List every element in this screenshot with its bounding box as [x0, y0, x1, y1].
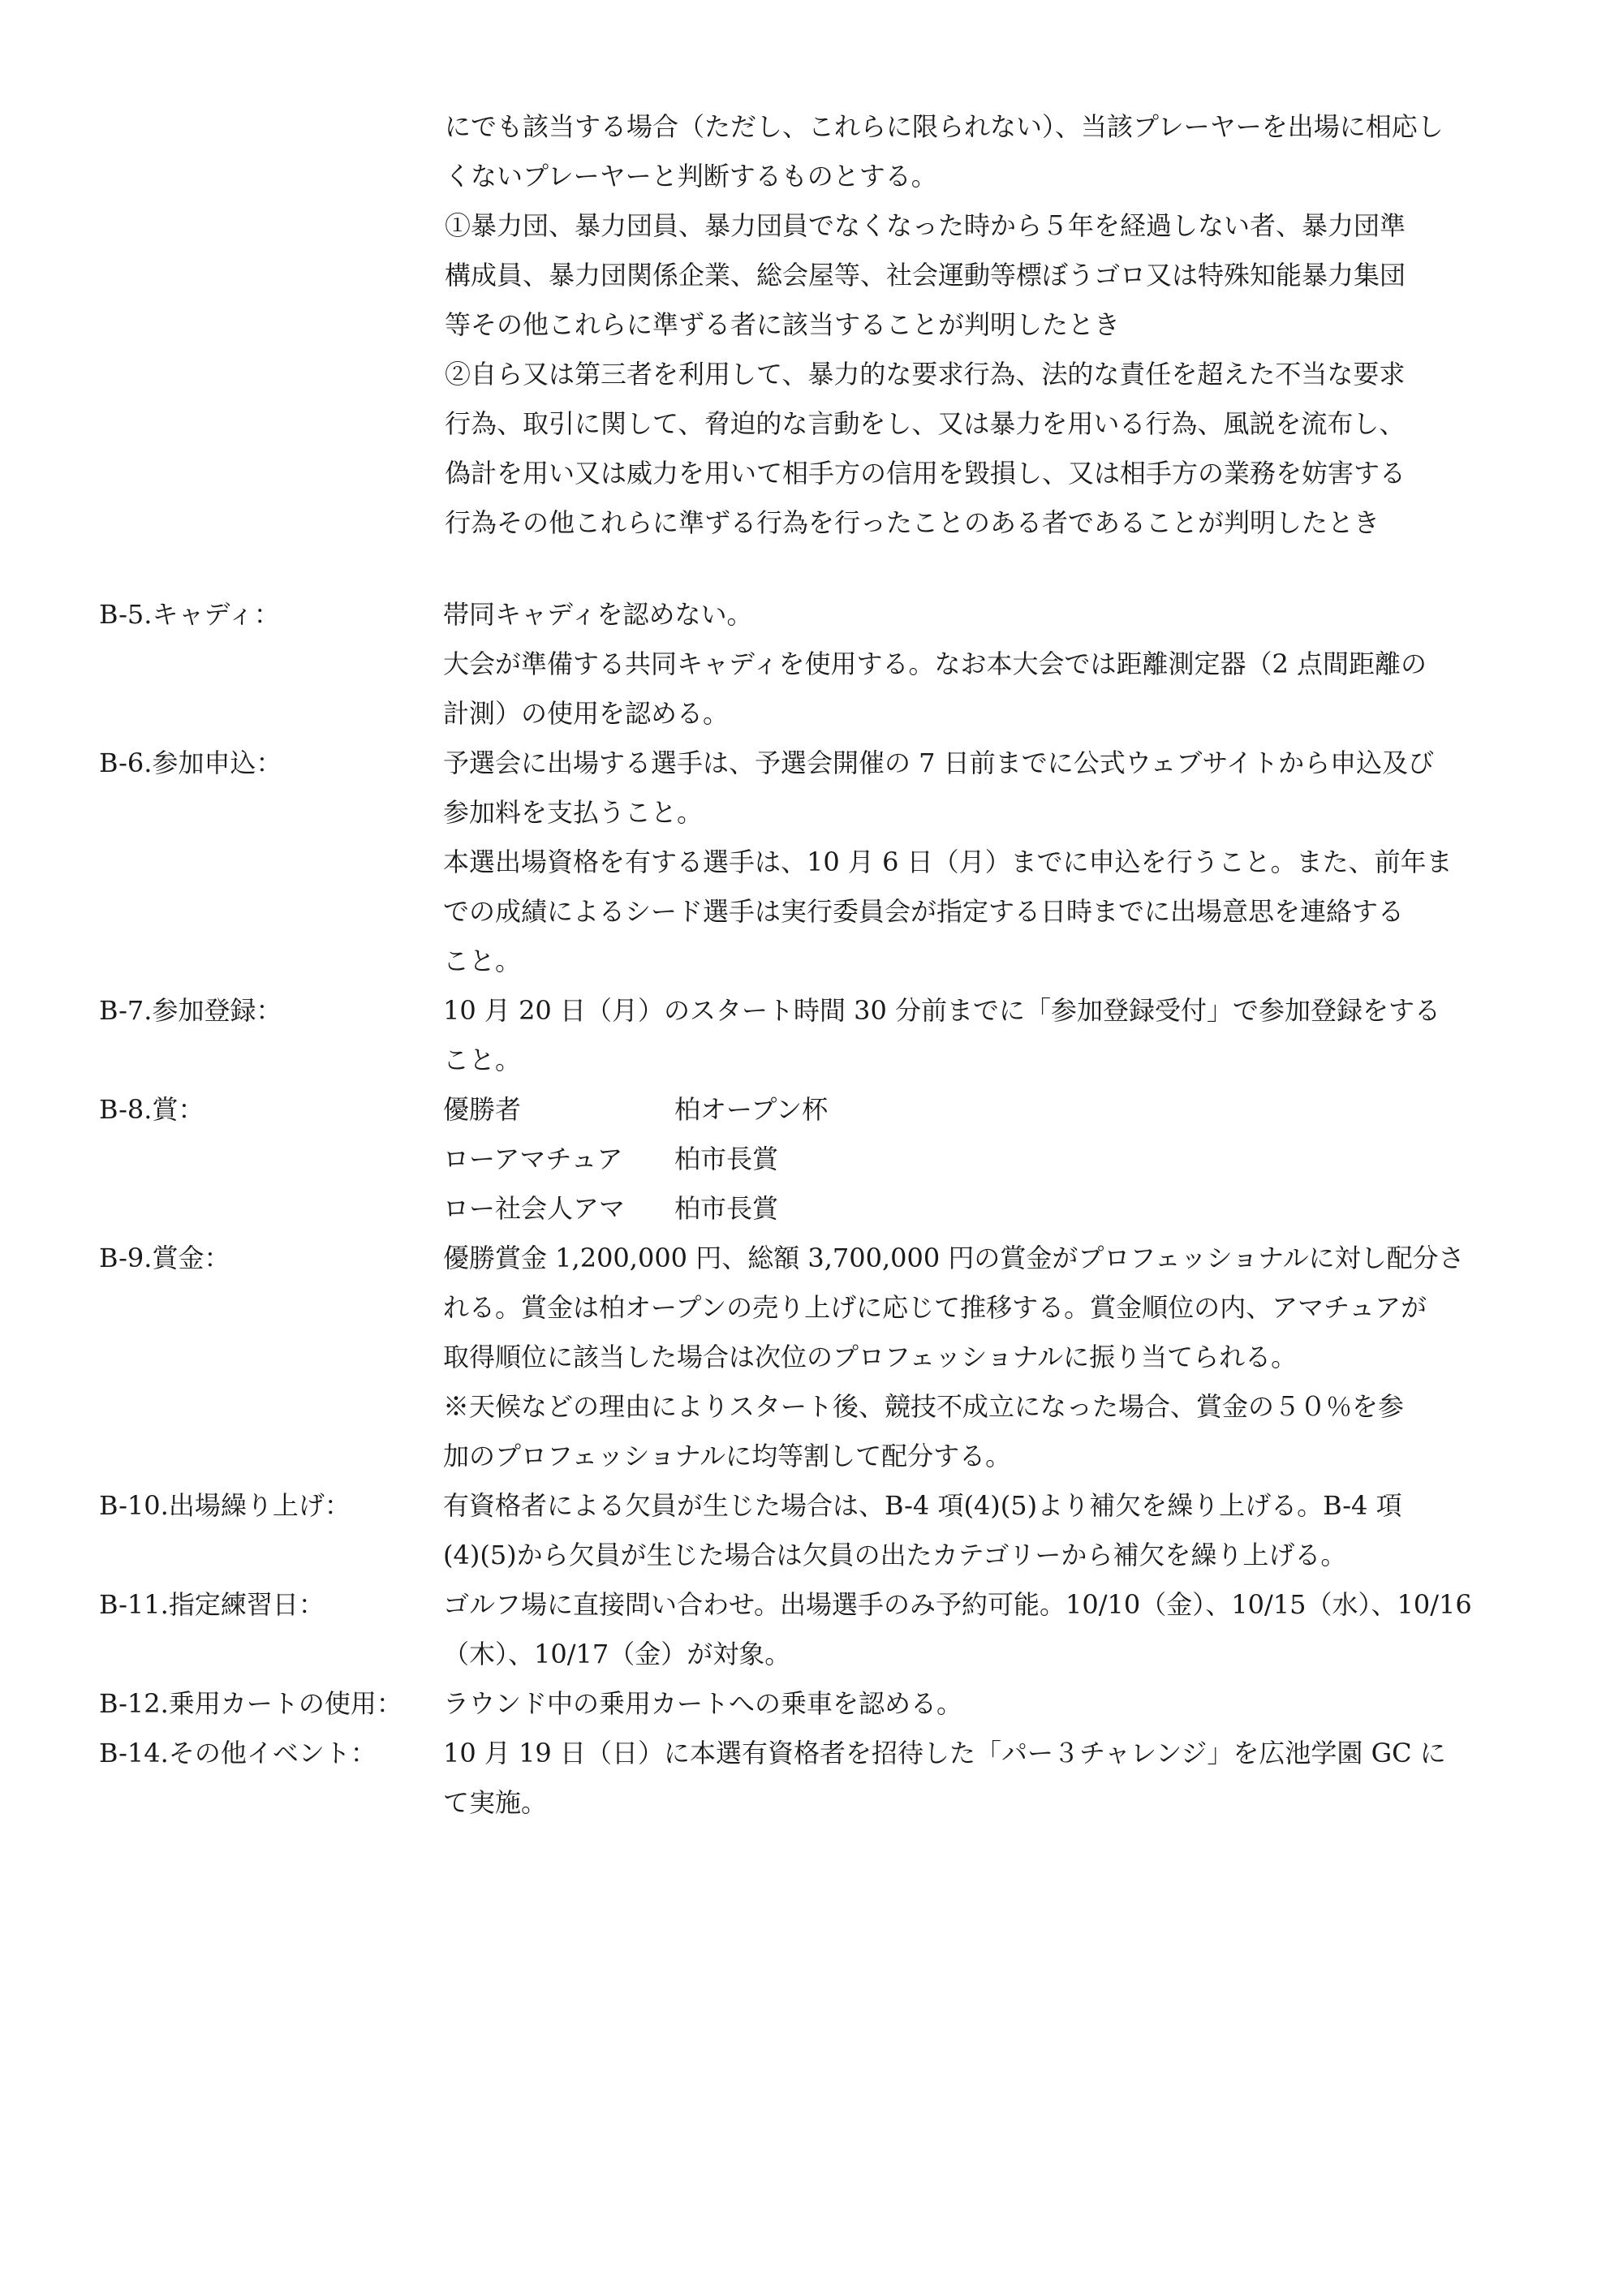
section-content: 10 月 19 日（日）に本選有資格者を招待した「パー３チャレンジ」を広池学園 …: [443, 1729, 1535, 1828]
content-line: （木）、10/17（金）が対象。: [443, 1630, 1535, 1679]
content-line: での成績によるシード選手は実行委員会が指定する日時までに出場意思を連絡する: [443, 887, 1535, 937]
content-line: (4)(5)から欠員が生じた場合は欠員の出たカテゴリーから補欠を繰り上げる。: [443, 1531, 1535, 1580]
rules-sections: B-5.キャディ： 帯同キャディを認めない。 大会が準備する共同キャディを使用す…: [99, 590, 1535, 1828]
content-line: 優勝賞金 1,200,000 円、総額 3,700,000 円の賞金がプロフェッ…: [443, 1234, 1535, 1283]
intro-line: ②自ら又は第三者を利用して、暴力的な要求行為、法的な責任を超えた不当な要求: [445, 350, 1532, 399]
award-category: 優勝者: [443, 1085, 674, 1135]
award-name: 柏市長賞: [674, 1135, 778, 1184]
content-line: 参加料を支払うこと。: [443, 788, 1535, 838]
award-category: ローアマチュア: [443, 1135, 674, 1184]
content-line: 10 月 19 日（日）に本選有資格者を招待した「パー３チャレンジ」を広池学園 …: [443, 1729, 1535, 1778]
intro-line: 行為その他これらに準ずる行為を行ったことのある者であることが判明したとき: [445, 498, 1532, 548]
section-content: ゴルフ場に直接問い合わせ。出場選手のみ予約可能。10/10（金）、10/15（水…: [443, 1580, 1535, 1679]
content-line: 計測）の使用を認める。: [443, 689, 1535, 739]
section-label: B-8.賞：: [99, 1085, 443, 1135]
content-line: ※天候などの理由によりスタート後、競技不成立になった場合、賞金の５０％を参: [443, 1382, 1535, 1432]
content-line: 帯同キャディを認めない。: [443, 590, 1535, 640]
intro-line: 偽計を用い又は威力を用いて相手方の信用を毀損し、又は相手方の業務を妨害する: [445, 449, 1532, 498]
section-b10-alternates: B-10.出場繰り上げ： 有資格者による欠員が生じた場合は、B-4 項(4)(5…: [99, 1481, 1535, 1580]
section-b9-prize-money: B-9.賞金： 優勝賞金 1,200,000 円、総額 3,700,000 円の…: [99, 1234, 1535, 1481]
intro-line: 行為、取引に関して、脅迫的な言動をし、又は暴力を用いる行為、風説を流布し、: [445, 399, 1532, 449]
award-row: 優勝者 柏オープン杯: [443, 1085, 1535, 1135]
section-b14-other-events: B-14.その他イベント： 10 月 19 日（日）に本選有資格者を招待した「パ…: [99, 1729, 1535, 1828]
section-label: B-12.乗用カートの使用：: [99, 1679, 443, 1729]
content-line: 加のプロフェッショナルに均等割して配分する。: [443, 1432, 1535, 1481]
intro-line: くないプレーヤーと判断するものとする。: [445, 152, 1532, 201]
content-line: れる。賞金は柏オープンの売り上げに応じて推移する。賞金順位の内、アマチュアが: [443, 1283, 1535, 1333]
section-b5-caddie: B-5.キャディ： 帯同キャディを認めない。 大会が準備する共同キャディを使用す…: [99, 590, 1535, 739]
award-row: ローアマチュア 柏市長賞: [443, 1135, 1535, 1184]
content-line: ゴルフ場に直接問い合わせ。出場選手のみ予約可能。10/10（金）、10/15（水…: [443, 1580, 1535, 1630]
award-category: ロー社会人アマ: [443, 1184, 674, 1234]
content-line: て実施。: [443, 1778, 1535, 1828]
section-label: B-6.参加申込：: [99, 739, 443, 788]
section-label: B-5.キャディ：: [99, 590, 443, 640]
award-name: 柏市長賞: [674, 1184, 778, 1234]
section-label: B-9.賞金：: [99, 1234, 443, 1283]
section-content: 帯同キャディを認めない。 大会が準備する共同キャディを使用する。なお本大会では距…: [443, 590, 1535, 739]
section-label: B-11.指定練習日：: [99, 1580, 443, 1630]
content-line: こと。: [443, 937, 1535, 986]
section-label: B-10.出場繰り上げ：: [99, 1481, 443, 1531]
content-line: こと。: [443, 1036, 1535, 1085]
section-content: 優勝賞金 1,200,000 円、総額 3,700,000 円の賞金がプロフェッ…: [443, 1234, 1535, 1481]
award-name: 柏オープン杯: [674, 1085, 828, 1135]
content-line: 予選会に出場する選手は、予選会開催の 7 日前までに公式ウェブサイトから申込及び: [443, 739, 1535, 788]
content-line: 有資格者による欠員が生じた場合は、B-4 項(4)(5)より補欠を繰り上げる。B…: [443, 1481, 1535, 1531]
award-row: ロー社会人アマ 柏市長賞: [443, 1184, 1535, 1234]
content-line: 10 月 20 日（月）のスタート時間 30 分前までに「参加登録受付」で参加登…: [443, 986, 1535, 1036]
content-line: ラウンド中の乗用カートへの乗車を認める。: [443, 1679, 1535, 1729]
intro-line: 等その他これらに準ずる者に該当することが判明したとき: [445, 300, 1532, 350]
section-content: ラウンド中の乗用カートへの乗車を認める。: [443, 1679, 1535, 1729]
section-b8-awards: B-8.賞： 優勝者 柏オープン杯 ローアマチュア 柏市長賞 ロー社会人アマ 柏…: [99, 1085, 1535, 1234]
section-content: 10 月 20 日（月）のスタート時間 30 分前までに「参加登録受付」で参加登…: [443, 986, 1535, 1085]
section-content: 予選会に出場する選手は、予選会開催の 7 日前までに公式ウェブサイトから申込及び…: [443, 739, 1535, 986]
intro-line: ①暴力団、暴力団員、暴力団員でなくなった時から５年を経過しない者、暴力団準: [445, 201, 1532, 251]
intro-line: 構成員、暴力団関係企業、総会屋等、社会運動等標ぼうゴロ又は特殊知能暴力集団: [445, 251, 1532, 300]
content-line: 大会が準備する共同キャディを使用する。なお本大会では距離測定器（2 点間距離の: [443, 640, 1535, 689]
section-b11-practice-days: B-11.指定練習日： ゴルフ場に直接問い合わせ。出場選手のみ予約可能。10/1…: [99, 1580, 1535, 1679]
content-line: 本選出場資格を有する選手は、10 月 6 日（月）までに申込を行うこと。また、前…: [443, 838, 1535, 887]
intro-line: にでも該当する場合（ただし、これらに限られない）、当該プレーヤーを出場に相応し: [445, 102, 1532, 152]
awards-table: 優勝者 柏オープン杯 ローアマチュア 柏市長賞 ロー社会人アマ 柏市長賞: [443, 1085, 1535, 1234]
content-line: 取得順位に該当した場合は次位のプロフェッショナルに振り当てられる。: [443, 1333, 1535, 1382]
section-b6-entry: B-6.参加申込： 予選会に出場する選手は、予選会開催の 7 日前までに公式ウェ…: [99, 739, 1535, 986]
section-b12-golf-cart: B-12.乗用カートの使用： ラウンド中の乗用カートへの乗車を認める。: [99, 1679, 1535, 1729]
section-content: 有資格者による欠員が生じた場合は、B-4 項(4)(5)より補欠を繰り上げる。B…: [443, 1481, 1535, 1580]
document-page: にでも該当する場合（ただし、これらに限られない）、当該プレーヤーを出場に相応し …: [0, 0, 1623, 2296]
section-b7-registration: B-7.参加登録： 10 月 20 日（月）のスタート時間 30 分前までに「参…: [99, 986, 1535, 1085]
intro-paragraph: にでも該当する場合（ただし、これらに限られない）、当該プレーヤーを出場に相応し …: [445, 102, 1532, 548]
section-label: B-7.参加登録：: [99, 986, 443, 1036]
section-label: B-14.その他イベント：: [99, 1729, 443, 1778]
